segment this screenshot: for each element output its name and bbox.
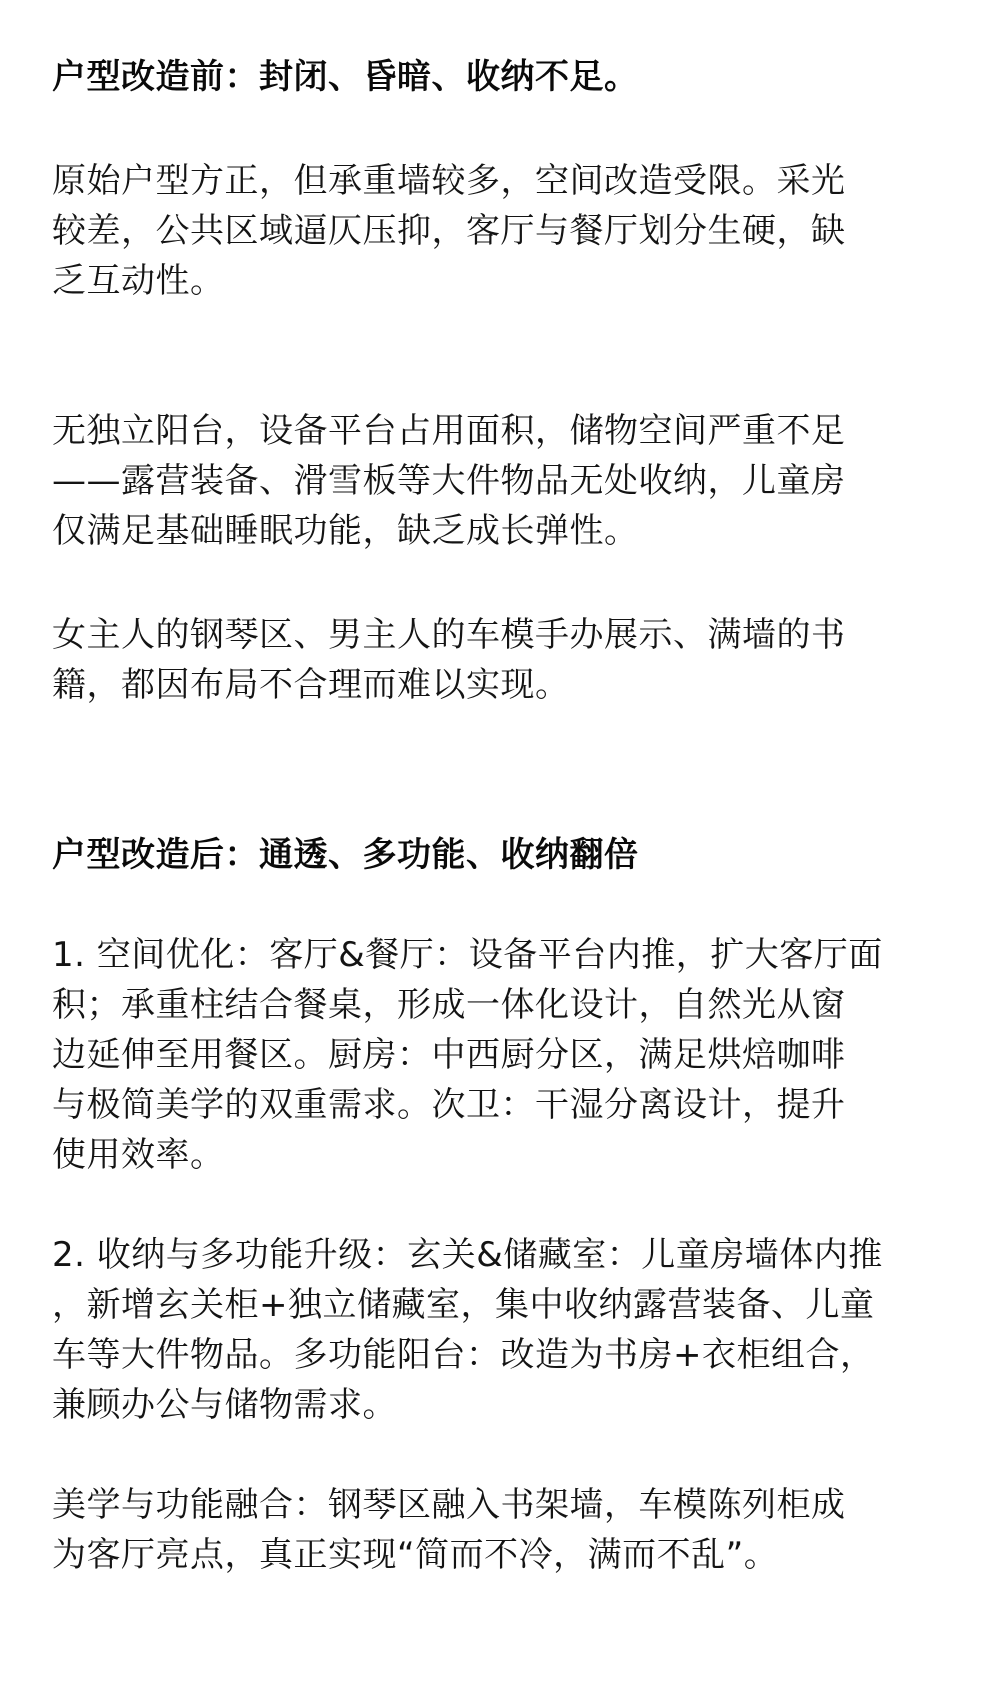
paragraph-line: 美学与功能融合：钢琴区融入书架墙，车模陈列柜成 [52, 1480, 982, 1530]
paragraph-storage-upgrade: 2. 收纳与多功能升级：玄关&储藏室：儿童房墙体内推 ，新增玄关柜+独立储藏室，… [52, 1230, 982, 1430]
paragraph-original-layout: 原始户型方正，但承重墙较多，空间改造受限。采光 较差，公共区域逼仄压抑，客厅与餐… [52, 156, 982, 306]
paragraph-space-optimization: 1. 空间优化：客厅&餐厅：设备平台内推，扩大客厅面 积；承重柱结合餐桌，形成一… [52, 930, 982, 1180]
paragraph-line: 边延伸至用餐区。厨房：中西厨分区，满足烘焙咖啡 [52, 1030, 982, 1080]
paragraph-line: ，新增玄关柜+独立储藏室，集中收纳露营装备、儿童 [52, 1280, 982, 1330]
paragraph-aesthetics-function: 美学与功能融合：钢琴区融入书架墙，车模陈列柜成 为客厅亮点，真正实现“简而不冷，… [52, 1480, 982, 1580]
paragraph-line: 女主人的钢琴区、男主人的车模手办展示、满墙的书 [52, 610, 982, 660]
paragraph-line: 乏互动性。 [52, 256, 982, 306]
document-page: 户型改造前：封闭、昏暗、收纳不足。 原始户型方正，但承重墙较多，空间改造受限。采… [0, 0, 1000, 1701]
paragraph-line: 使用效率。 [52, 1130, 982, 1180]
paragraph-line: 1. 空间优化：客厅&餐厅：设备平台内推，扩大客厅面 [52, 930, 982, 980]
paragraph-line: 积；承重柱结合餐桌，形成一体化设计，自然光从窗 [52, 980, 982, 1030]
paragraph-line: 2. 收纳与多功能升级：玄关&储藏室：儿童房墙体内推 [52, 1230, 982, 1280]
paragraph-line: 籍，都因布局不合理而难以实现。 [52, 660, 982, 710]
paragraph-line: 较差，公共区域逼仄压抑，客厅与餐厅划分生硬，缺 [52, 206, 982, 256]
heading-before-renovation: 户型改造前：封闭、昏暗、收纳不足。 [52, 52, 982, 102]
heading-after-renovation: 户型改造后：通透、多功能、收纳翻倍 [52, 830, 982, 880]
paragraph-line: 为客厅亮点，真正实现“简而不冷，满而不乱”。 [52, 1530, 982, 1580]
paragraph-line: 兼顾办公与储物需求。 [52, 1380, 982, 1430]
paragraph-line: 车等大件物品。多功能阳台：改造为书房+衣柜组合， [52, 1330, 982, 1380]
paragraph-line: 原始户型方正，但承重墙较多，空间改造受限。采光 [52, 156, 982, 206]
paragraph-line: 无独立阳台，设备平台占用面积，储物空间严重不足 [52, 406, 982, 456]
paragraph-storage-shortage: 无独立阳台，设备平台占用面积，储物空间严重不足 ——露营装备、滑雪板等大件物品无… [52, 406, 982, 556]
paragraph-hobby-spaces: 女主人的钢琴区、男主人的车模手办展示、满墙的书 籍，都因布局不合理而难以实现。 [52, 610, 982, 710]
paragraph-line: 仅满足基础睡眠功能，缺乏成长弹性。 [52, 506, 982, 556]
paragraph-line: 与极简美学的双重需求。次卫：干湿分离设计，提升 [52, 1080, 982, 1130]
heading-line: 户型改造后：通透、多功能、收纳翻倍 [52, 830, 982, 880]
paragraph-line: ——露营装备、滑雪板等大件物品无处收纳，儿童房 [52, 456, 982, 506]
heading-line: 户型改造前：封闭、昏暗、收纳不足。 [52, 52, 982, 102]
